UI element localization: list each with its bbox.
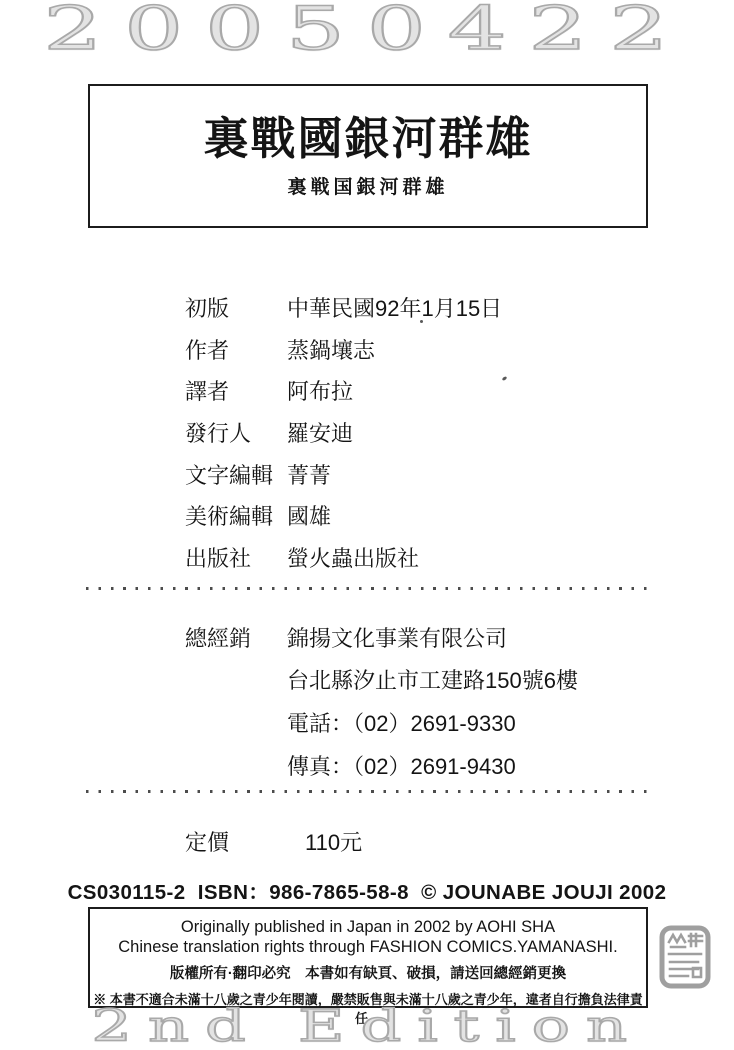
fax-text: 傳真：（02）2691-9430: [287, 750, 516, 781]
row-value: 羅安迪: [287, 417, 353, 448]
price-value: 110元: [305, 826, 362, 857]
colophon-row-author: 作者 蒸鍋壤志: [185, 329, 502, 371]
top-date-banner-text: 20050422: [44, 0, 691, 58]
row-value: 國雄: [287, 500, 331, 531]
publisher-seal: [658, 921, 712, 993]
colophon-row-publisher-person: 發行人 羅安迪: [185, 412, 502, 454]
colophon-row-translator: 譯者 阿布拉: [185, 370, 502, 412]
notice-copyright-warning: 版權所有·翻印必究 本書如有缺頁、破損，請送回總經銷更換: [90, 962, 646, 983]
colophon-row-publishing-house: 出版社 螢火蟲出版社: [185, 537, 502, 579]
scan-speck: [420, 320, 423, 323]
bottom-edition-banner: 2nd Edition: [0, 1004, 734, 1050]
row-label: 文字編輯: [185, 459, 287, 490]
distributor-row: 總經銷 錦揚文化事業有限公司: [185, 616, 578, 659]
scan-speck: [502, 376, 508, 381]
title-box: 裏戰國銀河群雄 裏戦国銀河群雄: [88, 84, 648, 228]
row-value: 菁菁: [287, 459, 331, 490]
price-row: 定價 110元: [185, 826, 362, 856]
row-value: 阿布拉: [287, 375, 353, 406]
row-label: 美術編輯: [185, 500, 287, 531]
row-value: 蒸鍋壤志: [287, 334, 375, 365]
row-label: 總經銷: [185, 622, 287, 653]
distributor-fax: 傳真：（02）2691-9430: [185, 744, 578, 787]
row-label: 出版社: [185, 542, 287, 573]
dotted-divider-bottom: [86, 790, 650, 793]
address-text: 台北縣汐止市工建路150號6樓: [287, 664, 578, 695]
distributor-company: 錦揚文化事業有限公司: [287, 622, 507, 653]
colophon-page: 20050422 裏戰國銀河群雄 裏戦国銀河群雄 初版 中華民國92年1月15日…: [0, 0, 734, 1050]
legal-notice-box: Originally published in Japan in 2002 by…: [88, 907, 648, 1008]
row-label: 發行人: [185, 417, 287, 448]
top-date-banner: 20050422: [0, 0, 734, 62]
row-value: 中華民國92年1月15日: [287, 292, 502, 323]
distributor-address: 台北縣汐止市工建路150號6樓: [185, 659, 578, 702]
book-title: 裏戰國銀河群雄: [90, 115, 646, 163]
isbn-copyright-line: CS030115-2 ISBN：986-7865-58-8 © JOUNABE …: [0, 875, 734, 905]
bottom-edition-banner-text: 2nd Edition: [91, 1004, 643, 1050]
colophon-row-first-edition: 初版 中華民國92年1月15日: [185, 287, 502, 329]
notice-translation-rights: Chinese translation rights through FASHI…: [90, 937, 646, 957]
distributor-phone: 電話：（02）2691-9330: [185, 701, 578, 744]
distributor-block: 總經銷 錦揚文化事業有限公司 台北縣汐止市工建路150號6樓 電話：（02）26…: [185, 616, 578, 786]
price-label: 定價: [185, 826, 305, 857]
notice-original-publication: Originally published in Japan in 2002 by…: [90, 917, 646, 937]
phone-text: 電話：（02）2691-9330: [287, 707, 516, 738]
row-label: 作者: [185, 334, 287, 365]
colophon-row-text-editor: 文字編輯 菁菁: [185, 453, 502, 495]
dotted-divider-top: [86, 587, 650, 590]
row-label: 譯者: [185, 375, 287, 406]
row-value: 螢火蟲出版社: [287, 542, 419, 573]
colophon-list: 初版 中華民國92年1月15日 作者 蒸鍋壤志 譯者 阿布拉 發行人 羅安迪 文…: [185, 287, 502, 578]
row-label: 初版: [185, 292, 287, 323]
colophon-row-art-editor: 美術編輯 國雄: [185, 495, 502, 537]
book-subtitle: 裏戦国銀河群雄: [90, 172, 646, 199]
